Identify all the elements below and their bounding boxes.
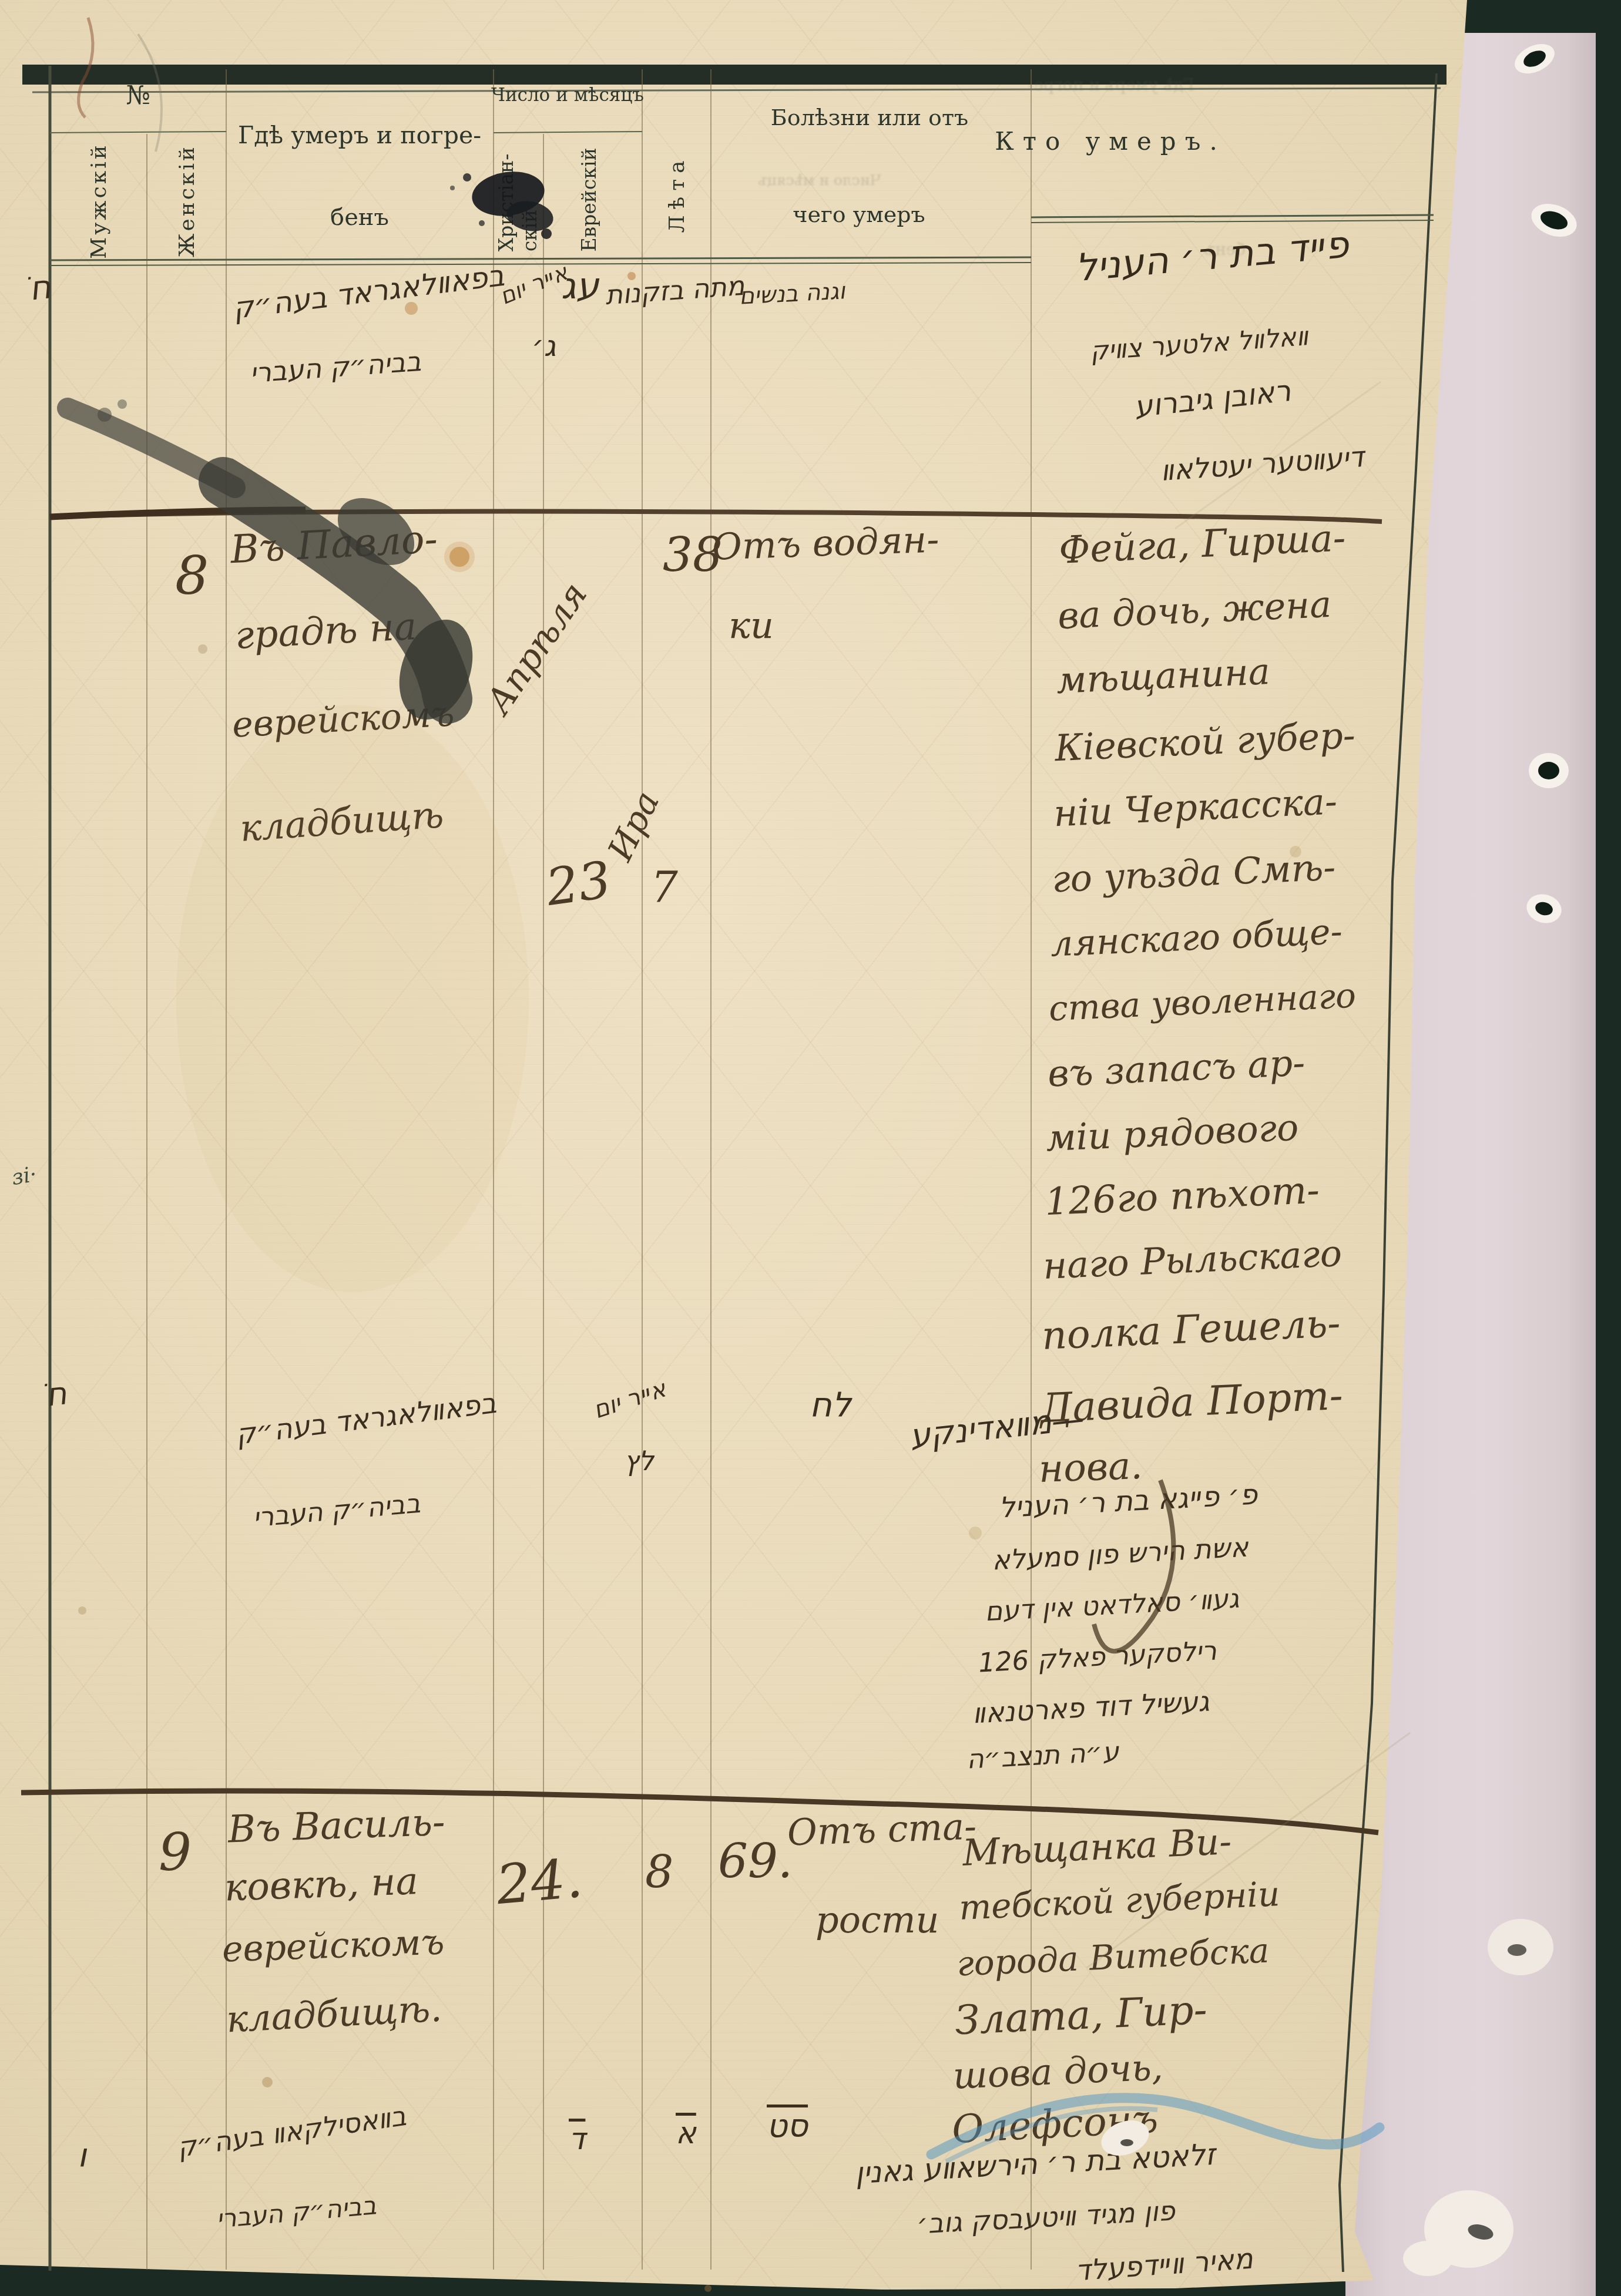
blue-pencil-mark xyxy=(931,2098,1380,2161)
pen-flourish xyxy=(1094,1480,1173,1651)
foxing-stains xyxy=(78,18,1410,2292)
ink-smear xyxy=(68,399,486,730)
artifacts-layer xyxy=(0,0,1621,2296)
scanned-register-page: № Мужскій Женскій Гдѣ умеръ и погре- бен… xyxy=(0,0,1621,2296)
punch-holes xyxy=(1510,38,1581,927)
ink-blot-header xyxy=(450,167,556,239)
